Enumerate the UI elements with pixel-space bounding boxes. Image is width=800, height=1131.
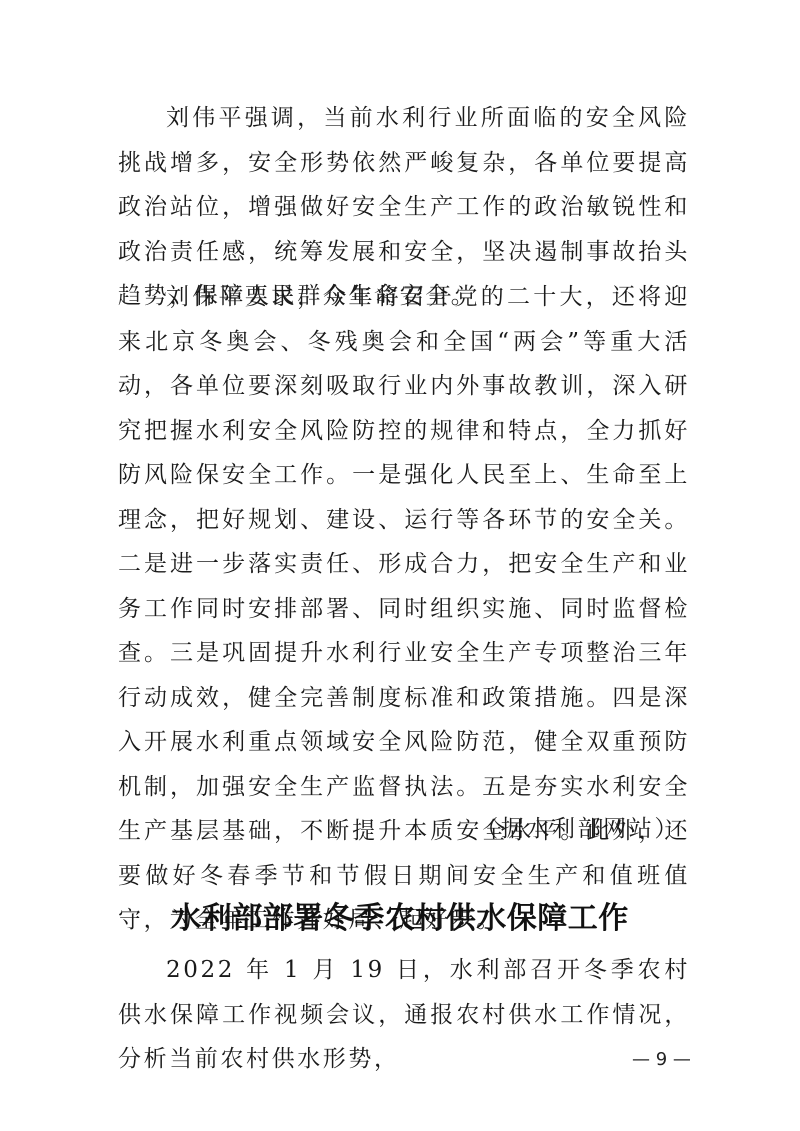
article2-headline: 水利部部署冬季农村供水保障工作	[0, 893, 800, 937]
article1-source-attribution: （据水利部网站）	[475, 810, 680, 843]
article2-paragraph-1: 2022 年 1 月 19 日，水利部召开冬季农村供水保障工作视频会议，通报农村…	[118, 948, 690, 1082]
page-number: — 9 —	[632, 1049, 691, 1070]
document-page: 刘伟平强调，当前水利行业所面临的安全风险挑战增多，安全形势依然严峻复杂，各单位要…	[0, 0, 800, 1131]
